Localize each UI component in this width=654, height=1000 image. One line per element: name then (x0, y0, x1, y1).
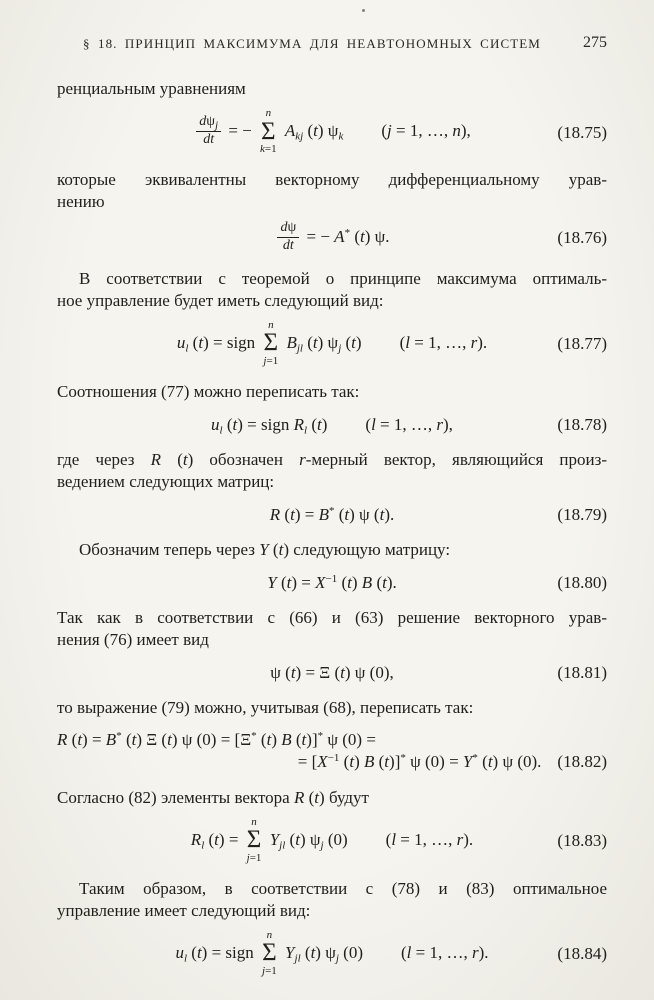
display-equation: ul (t) = sign nΣj=1 Bjl (t) ψj (t)(l = 1… (57, 320, 607, 369)
equation-condition: (l = 1, …, r), (365, 415, 453, 434)
equation-number: (18.75) (557, 122, 607, 144)
summation-sign: nΣj=1 (247, 816, 262, 865)
display-equation: ul (t) = sign Rl (t)(l = 1, …, r),(18.78… (57, 414, 607, 436)
book-page: § 18. ПРИНЦИП МАКСИМУМА ДЛЯ НЕАВТОНОМНЫХ… (0, 0, 654, 1000)
equation-body: R (t) = B* (t) ψ (t). (270, 505, 394, 524)
equation-number: (18.83) (557, 830, 607, 852)
equation-line: R (t) = B* (t) Ξ (t) ψ (0) = [Ξ* (t) B (… (57, 729, 607, 751)
paragraph-line: то выражение (79) можно, учитывая (68), … (57, 697, 607, 719)
paragraph-line: Таким образом, в соответствии с (78) и (… (57, 878, 607, 900)
equation-line: = [X−1 (t) B (t)]* ψ (0) = Y* (t) ψ (0).… (57, 751, 607, 773)
equation-condition: (j = 1, …, n), (381, 121, 470, 140)
paragraph-line: нения (76) имеет вид (57, 629, 607, 651)
running-head: § 18. ПРИНЦИП МАКСИМУМА ДЛЯ НЕАВТОНОМНЫХ… (57, 36, 607, 52)
page-content: ренциальным уравнениямdψjdt = − nΣk=1 Ak… (57, 78, 607, 979)
scan-artifact-dot (362, 9, 365, 12)
equation-body: dψjdt = − nΣk=1 Akj (t) ψk (193, 121, 343, 140)
paragraph: Обозначим теперь через Y (t) следующую м… (57, 539, 607, 561)
page-inner: § 18. ПРИНЦИП МАКСИМУМА ДЛЯ НЕАВТОНОМНЫХ… (0, 0, 654, 979)
summation-sign: nΣk=1 (260, 107, 277, 156)
paragraph: которые эквивалентны векторному дифферен… (57, 169, 607, 213)
paragraph-line: которые эквивалентны векторному дифферен… (57, 169, 607, 191)
equation-body: ψ (t) = Ξ (t) ψ (0), (270, 663, 394, 682)
equation-body: Y (t) = X−1 (t) B (t). (267, 573, 397, 592)
equation-number: (18.77) (557, 333, 607, 355)
paragraph: Так как в соответствии с (66) и (63) реш… (57, 607, 607, 651)
equation-body: ul (t) = sign nΣj=1 Bjl (t) ψj (t) (177, 333, 362, 352)
paragraph-line: Согласно (82) элементы вектора R (t) буд… (57, 787, 607, 809)
paragraph-line: В соответствии с теоремой о принципе мак… (57, 268, 607, 290)
paragraph: ренциальным уравнениям (57, 78, 607, 100)
display-equation: ψ (t) = Ξ (t) ψ (0),(18.81) (57, 662, 607, 684)
display-equation-multiline: R (t) = B* (t) Ξ (t) ψ (0) = [Ξ* (t) B (… (57, 729, 607, 773)
paragraph-line: где через R (t) обозначен r-мерный векто… (57, 449, 607, 471)
paragraph: то выражение (79) можно, учитывая (68), … (57, 697, 607, 719)
display-equation: R (t) = B* (t) ψ (t).(18.79) (57, 504, 607, 526)
paragraph: Согласно (82) элементы вектора R (t) буд… (57, 787, 607, 809)
paragraph-line: управление имеет следующий вид: (57, 900, 607, 922)
equation-number: (18.78) (557, 414, 607, 436)
page-number: 275 (583, 34, 607, 52)
paragraph: Соотношения (77) можно переписать так: (57, 381, 607, 403)
equation-condition: (l = 1, …, r). (386, 830, 474, 849)
equation-body: Rl (t) = nΣj=1 Yjl (t) ψj (0) (191, 830, 348, 849)
paragraph-line: Соотношения (77) можно переписать так: (57, 381, 607, 403)
fraction: dψjdt (196, 114, 221, 149)
paragraph: В соответствии с теоремой о принципе мак… (57, 268, 607, 312)
display-equation: dψdt = − A* (t) ψ.(18.76) (57, 221, 607, 256)
fraction: dψdt (277, 220, 299, 255)
equation-condition: (l = 1, …, r). (400, 333, 488, 352)
paragraph-line: Так как в соответствии с (66) и (63) реш… (57, 607, 607, 629)
equation-number: (18.81) (557, 662, 607, 684)
running-head-title: § 18. ПРИНЦИП МАКСИМУМА ДЛЯ НЕАВТОНОМНЫХ… (83, 36, 541, 51)
display-equation: dψjdt = − nΣk=1 Akj (t) ψk(j = 1, …, n),… (57, 108, 607, 157)
equation-body: dψdt = − A* (t) ψ. (274, 227, 389, 246)
paragraph-line: ное управление будет иметь следующий вид… (57, 290, 607, 312)
paragraph: где через R (t) обозначен r-мерный векто… (57, 449, 607, 493)
equation-number: (18.84) (557, 943, 607, 965)
summation-sign: nΣj=1 (263, 319, 278, 368)
display-equation: ul (t) = sign nΣj=1 Yjl (t) ψj (0)(l = 1… (57, 930, 607, 979)
equation-number: (18.80) (557, 572, 607, 594)
equation-number: (18.76) (557, 227, 607, 249)
summation-sign: nΣj=1 (262, 929, 277, 978)
paragraph-line: ренциальным уравнениям (57, 78, 607, 100)
paragraph-line: Обозначим теперь через Y (t) следующую м… (57, 539, 607, 561)
equation-number: (18.82) (557, 752, 607, 771)
paragraph-line: ведением следующих матриц: (57, 471, 607, 493)
paragraph-line: нению (57, 191, 607, 213)
paragraph: Таким образом, в соответствии с (78) и (… (57, 878, 607, 922)
display-equation: Y (t) = X−1 (t) B (t).(18.80) (57, 572, 607, 594)
equation-body: ul (t) = sign nΣj=1 Yjl (t) ψj (0) (175, 943, 363, 962)
equation-condition: (l = 1, …, r). (401, 943, 489, 962)
display-equation: Rl (t) = nΣj=1 Yjl (t) ψj (0)(l = 1, …, … (57, 817, 607, 866)
equation-body: ul (t) = sign Rl (t) (211, 415, 327, 434)
equation-number: (18.79) (557, 504, 607, 526)
